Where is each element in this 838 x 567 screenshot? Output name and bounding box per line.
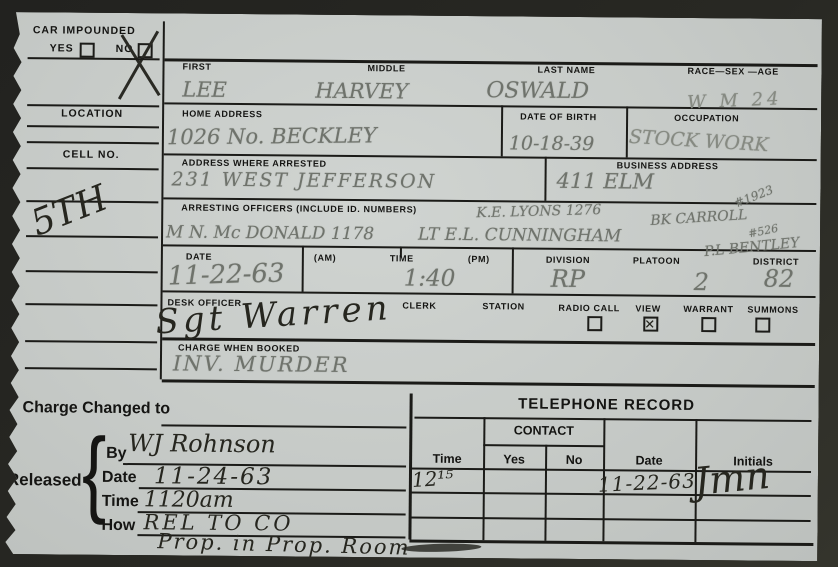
view-checkbox-x-mark: ✕ — [644, 317, 655, 333]
rule — [161, 424, 406, 428]
business-address-value: 411 ELM — [556, 169, 654, 194]
officer-2-badge: #1923 — [732, 183, 775, 211]
last-name-label: LAST NAME — [537, 65, 595, 76]
rule — [25, 367, 157, 370]
divider — [544, 157, 546, 201]
last-name-value: OSWALD — [486, 78, 589, 104]
middle-name-value: HARVEY — [315, 79, 408, 104]
platoon-value: 2 — [694, 268, 710, 296]
released-date-label: Date — [102, 469, 137, 487]
cell-no-label: CELL NO. — [63, 148, 120, 160]
officer-3-value: M N. Mc DONALD 1178 — [166, 222, 374, 244]
rule — [26, 270, 158, 273]
arrest-address-label: ADDRESS WHERE ARRESTED — [182, 158, 327, 169]
radio-call-checkbox — [587, 316, 602, 331]
form-bottom-border — [162, 379, 815, 388]
view-checkbox: ✕ — [643, 317, 658, 332]
arrest-time-value: 1:40 — [404, 265, 456, 291]
divider — [626, 106, 628, 157]
location-label: LOCATION — [61, 107, 123, 120]
am-label: (AM) — [314, 253, 336, 263]
officer-2-value: BK CARROLL — [650, 207, 748, 229]
phone-col-date: Date — [603, 453, 695, 468]
no-checkbox-x-mark — [111, 27, 170, 102]
divider — [302, 246, 304, 292]
released-time-value: 1120am — [144, 487, 234, 513]
released-by-label: By — [106, 445, 127, 463]
arrest-card: CAR IMPOUNDED YES NO LOCATION CELL NO. 5… — [3, 12, 822, 561]
car-impounded-yes-label: YES — [50, 42, 74, 54]
division-value: RP — [551, 265, 585, 293]
arresting-officers-label: ARRESTING OFFICERS (INCLUDE ID. NUMBERS) — [181, 203, 417, 215]
occupation-label: OCCUPATION — [674, 113, 739, 124]
divider — [512, 247, 514, 293]
telephone-record-title: TELEPHONE RECORD — [467, 395, 747, 414]
phone-row-initials-signature: Jmn — [692, 453, 772, 504]
divider — [544, 445, 547, 541]
first-name-label: FIRST — [182, 62, 211, 72]
divider — [482, 417, 485, 540]
summons-checkbox — [755, 318, 770, 333]
rule — [25, 303, 157, 306]
property-note-handwriting: Prop. in Prop. Room — [157, 529, 411, 560]
rule — [25, 340, 157, 343]
divider — [501, 105, 503, 156]
platoon-label: PLATOON — [633, 255, 680, 265]
home-address-value: 1026 No. BECKLEY — [167, 123, 377, 149]
race-sex-age-value: W M 24 — [687, 88, 783, 113]
rule — [27, 141, 159, 144]
released-date-value: 11-24-63 — [154, 463, 274, 490]
clerk-label: CLERK — [402, 300, 436, 310]
desk-officer-signature: Sgt Warren — [154, 288, 392, 342]
district-value: 82 — [764, 265, 795, 293]
released-how-label: How — [101, 517, 135, 535]
phone-col-yes: Yes — [483, 452, 545, 467]
ink-smudge — [401, 543, 481, 553]
phone-col-no: No — [545, 453, 603, 468]
released-time-label: Time — [102, 493, 139, 511]
contact-header: CONTACT — [483, 423, 604, 438]
phone-row-time-value: 12¹⁵ — [411, 465, 454, 491]
race-sex-age-label: RACE—SEX —AGE — [687, 66, 778, 77]
dob-label: DATE OF BIRTH — [520, 111, 597, 122]
middle-name-label: MIDDLE — [367, 63, 405, 73]
warrant-label: WARRANT — [683, 304, 733, 314]
pm-label: (PM) — [468, 254, 490, 264]
home-address-label: HOME ADDRESS — [182, 109, 262, 120]
station-label: STATION — [482, 301, 524, 311]
summons-label: SUMMONS — [747, 304, 798, 314]
time-label: TIME — [390, 253, 414, 263]
rule — [410, 517, 811, 522]
rule — [28, 57, 160, 60]
dob-value: 10-18-39 — [509, 132, 595, 155]
rule — [414, 417, 811, 422]
arrest-date-value: 11-22-63 — [167, 258, 285, 291]
first-name-value: LEE — [182, 78, 227, 102]
occupation-value: STOCK WORK — [628, 126, 769, 156]
released-label: Released — [7, 470, 82, 491]
phone-row-date-value: 11-22-63 — [597, 468, 696, 496]
rule — [27, 125, 159, 128]
rule — [483, 444, 604, 447]
view-label: VIEW — [635, 303, 660, 313]
photo-background: CAR IMPOUNDED YES NO LOCATION CELL NO. 5… — [0, 0, 838, 567]
car-impounded-yes-checkbox — [80, 43, 95, 58]
phone-col-time: Time — [411, 452, 483, 467]
rule — [27, 167, 159, 170]
arrest-address-value: 231 WEST JEFFERSON — [171, 168, 436, 192]
officer-1-value: K.E. LYONS 1276 — [476, 202, 601, 221]
officer-4-value: LT E.L. CUNNINGHAM — [418, 225, 621, 247]
charge-changed-label: Charge Changed to — [22, 399, 170, 418]
division-label: DIVISION — [546, 255, 590, 265]
charge-value: INV. MURDER — [173, 351, 350, 377]
warrant-checkbox — [701, 317, 716, 332]
radio-call-label: RADIO CALL — [558, 303, 620, 314]
released-by-value: WJ Rohnson — [128, 429, 276, 458]
cell-number-handwriting: 5TH — [25, 178, 113, 245]
